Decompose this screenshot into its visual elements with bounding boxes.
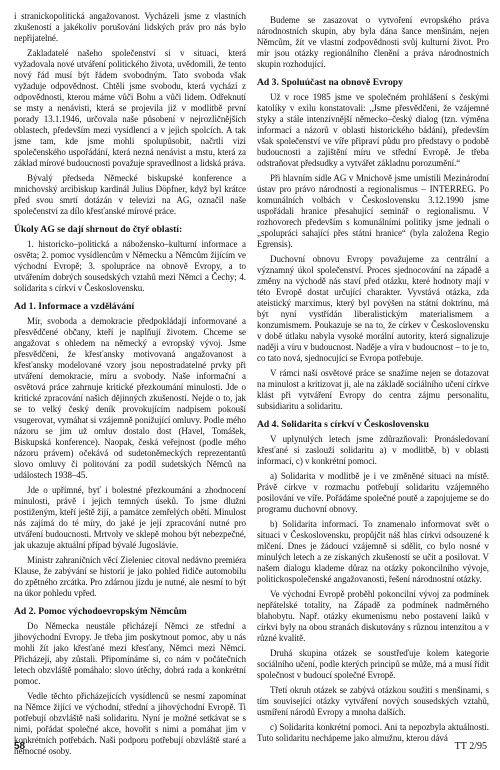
paragraph: i stranickopolitická angažovanost. Vychá…	[14, 11, 246, 44]
paragraph: Ve východní Evropě proběhl pokoncilní vý…	[257, 589, 489, 644]
paragraph: Duchovní obnovu Evropy považujeme za cen…	[257, 254, 489, 364]
paragraph: Druhá skupina otázek se soustřeďuje kole…	[257, 648, 489, 681]
right-column: Budeme se zasazovat o vytvoření evropské…	[257, 11, 489, 757]
paragraph: Budeme se zasazovat o vytvoření evropské…	[257, 15, 489, 70]
page-footer: 58 TT 2/95	[14, 741, 487, 752]
paragraph: b) Solidarita informací. To znamenalo in…	[257, 519, 489, 585]
section-heading-ad4: Ad 4. Solidarita s církví v Českoslovens…	[257, 419, 489, 430]
section-heading-ad1: Ad 1. Informace a vzdělávání	[14, 301, 246, 312]
section-heading-ad3: Ad 3. Spoluúčast na obnově Evropy	[257, 77, 489, 88]
two-column-body: i stranickopolitická angažovanost. Vychá…	[14, 11, 488, 757]
paragraph: Ministr zahraničních věcí Zieleniec cito…	[14, 555, 246, 599]
document-page: i stranickopolitická angažovanost. Vychá…	[0, 0, 500, 770]
paragraph: Už v roce 1985 jsme ve společném prohláš…	[257, 92, 489, 169]
section-heading-ukoly-ag: Úkoly AG se dají shrnout do čtyř oblastí…	[14, 224, 246, 235]
paragraph: Jde o upřímné, byť i bolestné přezkoumán…	[14, 485, 246, 551]
paragraph: V rámci naší osvětové práce se snažíme n…	[257, 368, 489, 412]
paragraph: Při hlavním sídle AG v Mnichově jsme umí…	[257, 173, 489, 250]
left-column: i stranickopolitická angažovanost. Vychá…	[14, 11, 246, 757]
paragraph: Bývalý předseda Německé biskupské konfer…	[14, 173, 246, 217]
paragraph: V uplynulých letech jsme zdůrazňovali: P…	[257, 434, 489, 467]
page-number: 58	[14, 741, 25, 752]
paragraph: a) Solidarita v modlitbě je i ve změněné…	[257, 471, 489, 515]
paragraph: Mír, svoboda a demokracie předpokládají …	[14, 316, 246, 481]
paragraph: Zakladatelé našeho společenství si v sit…	[14, 48, 246, 169]
journal-reference: TT 2/95	[455, 741, 487, 752]
paragraph: Do Německa neustále přicházejí Němci ze …	[14, 621, 246, 687]
section-heading-ad2: Ad 2. Pomoc východoevropským Němcům	[14, 606, 246, 617]
paragraph: 1. historicko–politická a nábožensko–kul…	[14, 239, 246, 294]
paragraph: Třetí okruh otázek se zabývá otázkou sou…	[257, 685, 489, 718]
